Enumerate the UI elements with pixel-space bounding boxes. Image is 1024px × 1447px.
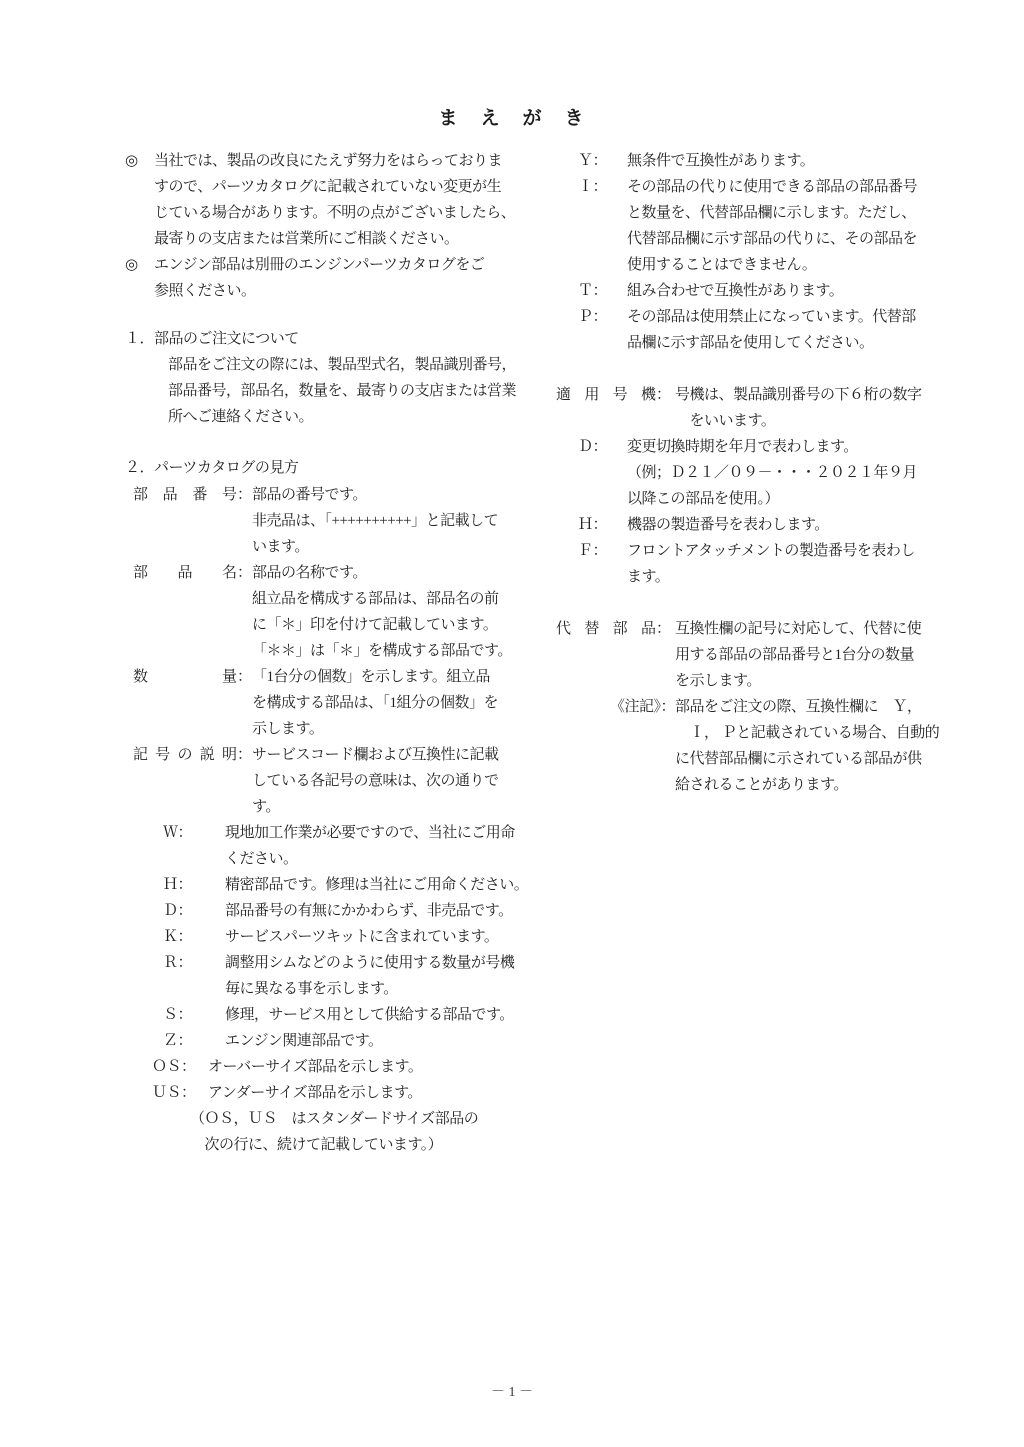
service-code-row: Ｈ： 精密部品です。修理は当社にご用命ください。: [163, 872, 528, 898]
service-code-row: Ｚ： エンジン関連部品です。: [163, 1028, 383, 1054]
service-code-row: ＯＳ： オーバーサイズ部品を示します。: [152, 1054, 422, 1080]
service-code-row: Ｓ： 修理，サービス用として供給する部品です。: [163, 1002, 514, 1028]
term-colon: ：: [656, 382, 671, 434]
term-colon: ：: [237, 742, 252, 820]
code-desc: オーバーサイズ部品を示します。: [208, 1054, 422, 1080]
code-desc: 現地加工作業が必要ですので、当社にご用命 ください。: [225, 820, 515, 872]
code-label: Ｙ：: [578, 148, 627, 174]
note-text: エンジン部品は別冊のエンジンパーツカタログをご 参照ください。: [154, 252, 484, 304]
document-page: { "page": { "title": "ま え が き", "footer"…: [0, 0, 1024, 1447]
service-code-row: ＵＳ： アンダーサイズ部品を示します。: [152, 1080, 422, 1106]
code-label: Ｒ：: [163, 950, 225, 1002]
compatibility-code-row: Ｉ： その部品の代りに使用できる部品の部品番号 と数量を、代替部品欄に示します。…: [578, 174, 917, 278]
code-desc: 無条件で互換性があります。: [627, 148, 814, 174]
term-row: 記 号 の 説 明 ： サービスコード欄および互換性に記載 している各記号の意味…: [133, 742, 499, 820]
term-desc: 号機は、製品識別番号の下６桁の数字 をいいます。: [675, 382, 922, 434]
code-desc: 部品番号の有無にかかわらず、非売品です。: [225, 898, 513, 924]
term-colon: ：: [237, 482, 252, 560]
service-code-row: Ｋ： サービスパーツキットに含まれています。: [163, 924, 498, 950]
term-label: 記 号 の 説 明: [133, 742, 237, 820]
term-colon: ：: [237, 664, 252, 742]
compatibility-code-row: Ｔ： 組み合わせで互換性があります。: [578, 278, 843, 304]
serial-number-term-row: 適 用 号 機 ： 号機は、製品識別番号の下６桁の数字 をいいます。: [556, 382, 922, 434]
code-desc: その部品は使用禁止になっています。代替部 品欄に示す部品を使用してください。: [627, 304, 916, 356]
double-circle-bullet-icon: ◎: [125, 148, 154, 252]
code-label: Ｐ：: [578, 304, 627, 356]
code-desc: 機器の製造番号を表わします。: [627, 512, 829, 538]
code-label: Ｆ：: [578, 538, 627, 590]
code-desc: 組み合わせで互換性があります。: [627, 278, 843, 304]
remark-text: 部品をご注文の際、互換性欄に Ｙ， Ｉ， Ｐと記載されている場合、自動的 に代替…: [675, 694, 939, 798]
code-label: ＵＳ：: [152, 1080, 208, 1106]
term-row: 部 品 名 ： 部品の名称です。 組立品を構成する部品は、部品名の前 に「＊」印…: [133, 560, 512, 664]
term-label: 適 用 号 機: [556, 382, 656, 434]
foreword-note: ◎ 当社では、製品の改良にたえず努力をはらっておりま すので、パーツカタログに記…: [125, 148, 525, 252]
service-code-row: Ｒ： 調整用シムなどのように使用する数量が号機 毎に異なる事を示します。: [163, 950, 514, 1002]
term-desc: 互換性欄の記号に対応して、代替に使 用する部品の部品番号と1台分の数量 を示しま…: [675, 616, 921, 694]
double-circle-bullet-icon: ◎: [125, 252, 154, 304]
serial-code-row: Ｄ： 変更切換時期を年月で表わします。 （例；Ｄ２１／０９－・・・２０２１年９月…: [578, 434, 917, 512]
code-label: Ｔ：: [578, 278, 627, 304]
remark-label: 《注記》：: [610, 694, 675, 798]
term-colon: ：: [237, 560, 252, 664]
code-desc: 修理，サービス用として供給する部品です。: [225, 1002, 514, 1028]
term-label: 部 品 番 号: [133, 482, 237, 560]
page-title: ま え が き: [0, 103, 1024, 130]
code-desc: その部品の代りに使用できる部品の部品番号 と数量を、代替部品欄に示します。ただし…: [627, 174, 917, 278]
term-colon: ：: [656, 616, 671, 694]
code-label: Ｋ：: [163, 924, 225, 950]
code-label: Ｄ：: [578, 434, 627, 512]
term-label: 代 替 部 品: [556, 616, 656, 694]
note-text: 当社では、製品の改良にたえず努力をはらっておりま すので、パーツカタログに記載さ…: [154, 148, 515, 252]
term-row: 数 量 ： 「1台分の個数」を示します。組立品 を構成する部品は、「1組分の個数…: [133, 664, 498, 742]
code-label: ＯＳ：: [152, 1054, 208, 1080]
code-label: Ｓ：: [163, 1002, 225, 1028]
compatibility-code-row: Ｙ： 無条件で互換性があります。: [578, 148, 814, 174]
serial-code-row: Ｈ： 機器の製造番号を表わします。: [578, 512, 829, 538]
code-label: Ｗ：: [163, 820, 225, 872]
section-2-heading: ２．パーツカタログの見方: [125, 455, 298, 481]
code-desc: アンダーサイズ部品を示します。: [208, 1080, 422, 1106]
code-label: Ｚ：: [163, 1028, 225, 1054]
code-label: Ｈ：: [578, 512, 627, 538]
term-row: 部 品 番 号 ： 部品の番号です。 非売品は、「++++++++++」と記載し…: [133, 482, 498, 560]
code-label: Ｄ：: [163, 898, 225, 924]
code-desc: サービスパーツキットに含まれています。: [225, 924, 498, 950]
code-desc: 精密部品です。修理は当社にご用命ください。: [225, 872, 528, 898]
term-desc: 部品の名称です。 組立品を構成する部品は、部品名の前 に「＊」印を付けて記載して…: [252, 560, 512, 664]
compatibility-code-row: Ｐ： その部品は使用禁止になっています。代替部 品欄に示す部品を使用してください…: [578, 304, 916, 356]
serial-code-row: Ｆ： フロントアタッチメントの製造番号を表わし ます。: [578, 538, 915, 590]
section-1-body: 部品をご注文の際には、製品型式名，製品識別番号， 部品番号，部品名，数量を、最寄…: [168, 352, 516, 430]
code-desc: 調整用シムなどのように使用する数量が号機 毎に異なる事を示します。: [225, 950, 514, 1002]
alternative-parts-term-row: 代 替 部 品 ： 互換性欄の記号に対応して、代替に使 用する部品の部品番号と1…: [556, 616, 921, 694]
oversize-undersize-note: （ＯＳ，ＵＳ はスタンダードサイズ部品の 次の行に、続けて記載しています。）: [190, 1106, 478, 1158]
term-desc: 「1台分の個数」を示します。組立品 を構成する部品は、「1組分の個数」を 示しま…: [252, 664, 498, 742]
term-label: 部 品 名: [133, 560, 237, 664]
code-desc: エンジン関連部品です。: [225, 1028, 383, 1054]
service-code-row: Ｗ： 現地加工作業が必要ですので、当社にご用命 ください。: [163, 820, 515, 872]
code-desc: フロントアタッチメントの製造番号を表わし ます。: [627, 538, 915, 590]
foreword-note: ◎ エンジン部品は別冊のエンジンパーツカタログをご 参照ください。: [125, 252, 525, 304]
code-label: Ｉ：: [578, 174, 627, 278]
service-code-row: Ｄ： 部品番号の有無にかかわらず、非売品です。: [163, 898, 513, 924]
code-desc: 変更切換時期を年月で表わします。 （例；Ｄ２１／０９－・・・２０２１年９月 以降…: [627, 434, 917, 512]
term-desc: 部品の番号です。 非売品は、「++++++++++」と記載して います。: [252, 482, 498, 560]
term-desc: サービスコード欄および互換性に記載 している各記号の意味は、次の通りで す。: [252, 742, 499, 820]
section-1-heading: １．部品のご注文について: [125, 326, 299, 352]
code-label: Ｈ：: [163, 872, 225, 898]
term-label: 数 量: [133, 664, 237, 742]
remark-row: 《注記》： 部品をご注文の際、互換性欄に Ｙ， Ｉ， Ｐと記載されている場合、自…: [610, 694, 939, 798]
page-number: － 1 －: [0, 1383, 1024, 1403]
